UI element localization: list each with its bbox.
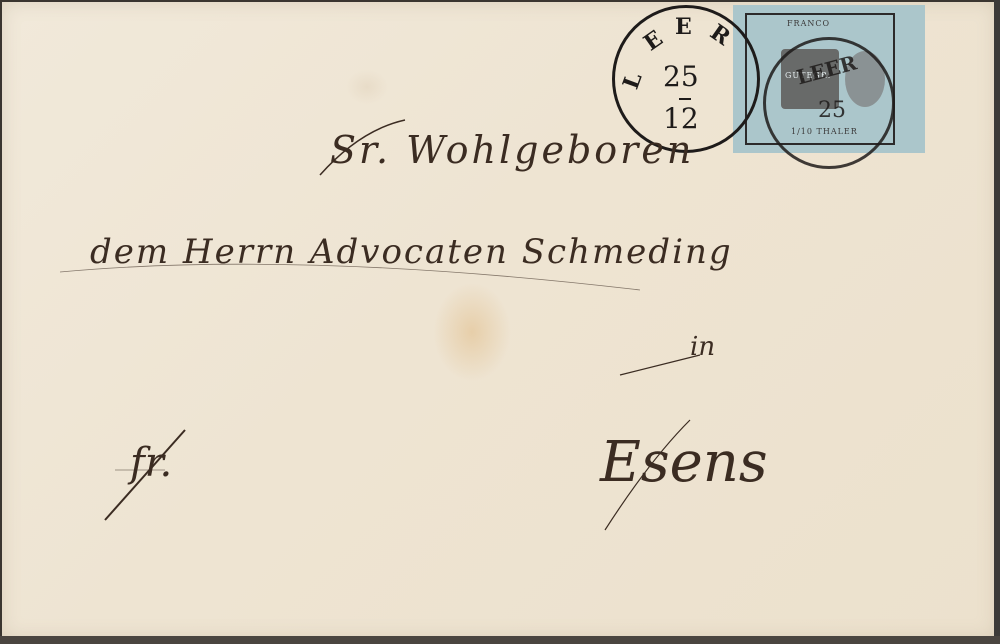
pen-flourishes <box>0 0 1000 644</box>
